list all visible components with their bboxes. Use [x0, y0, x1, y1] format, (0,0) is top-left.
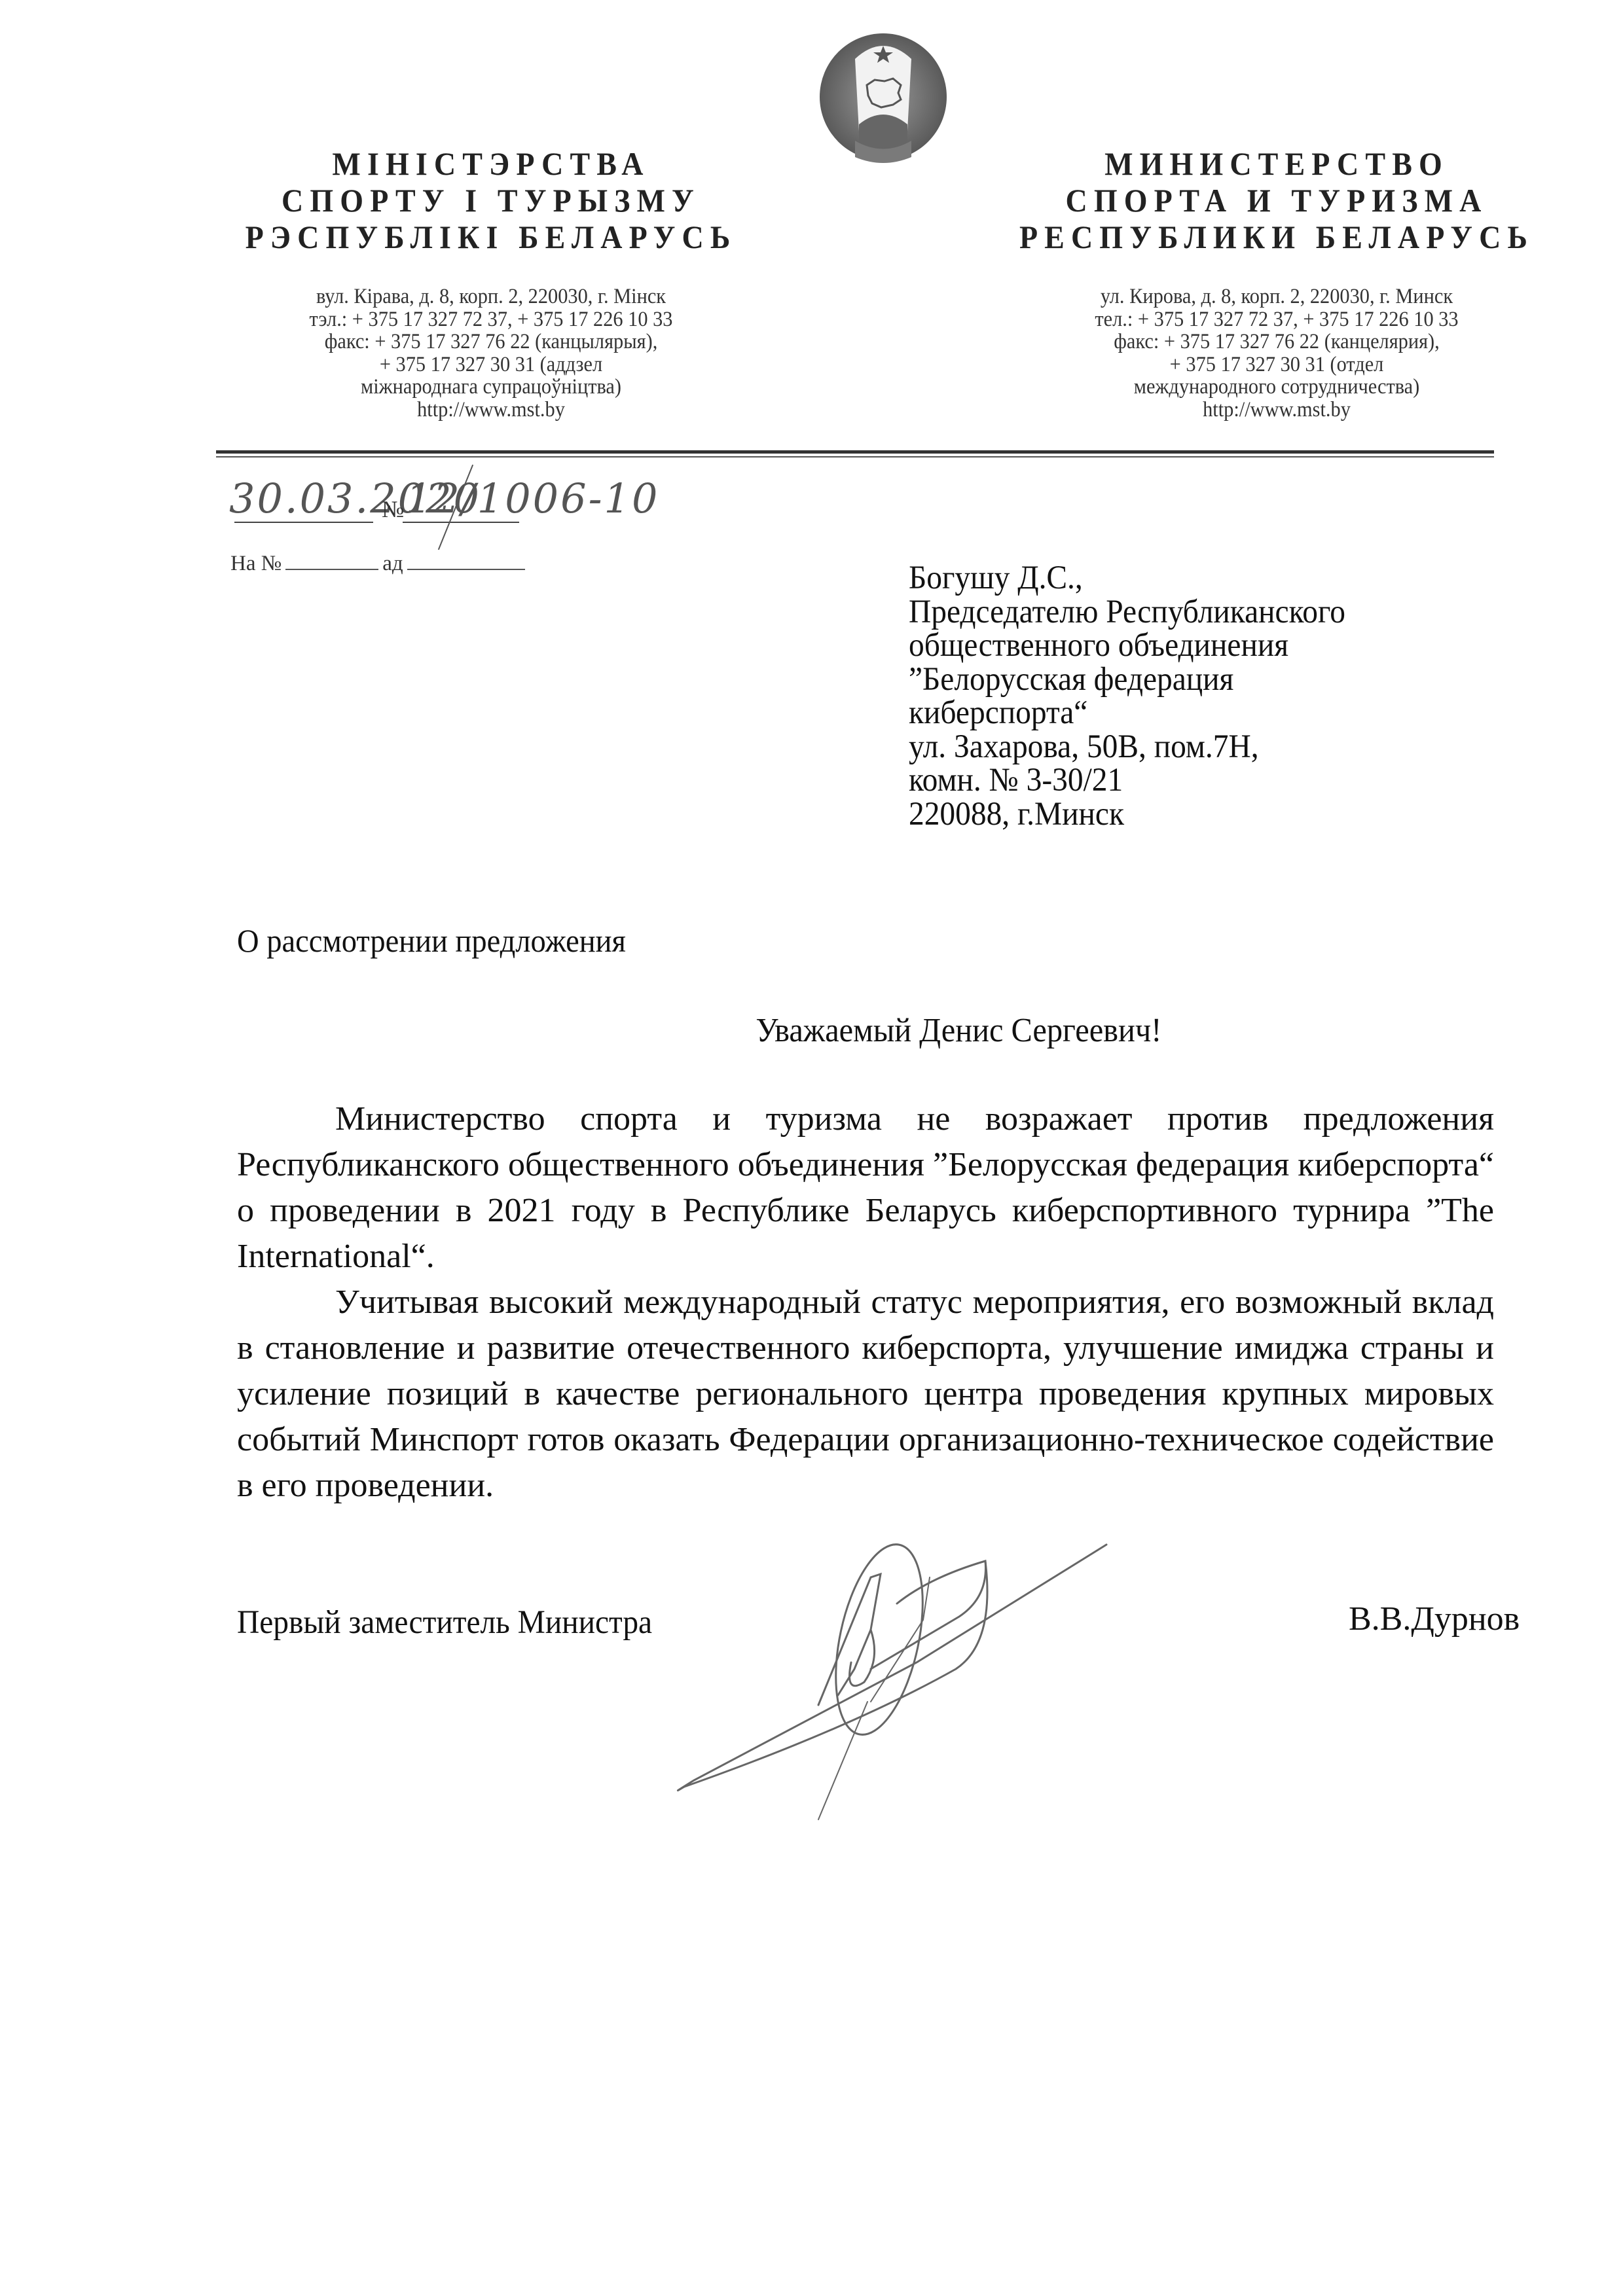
- state-emblem-icon: [809, 20, 957, 164]
- fax-line: факс: + 375 17 327 76 22 (канцылярыя),: [220, 331, 762, 353]
- reply-number-label: На №: [230, 552, 282, 575]
- org-name-line: МИНИСТЕРСТВО: [1006, 145, 1548, 182]
- fax-line: + 375 17 327 30 31 (аддзел: [220, 353, 762, 376]
- date-underline: [234, 522, 373, 523]
- number-underline: [403, 522, 519, 523]
- letterhead-belarusian: МІНІСТЭРСТВА СПОРТУ І ТУРЫЗМУ РЭСПУБЛІКІ…: [196, 145, 786, 421]
- letterhead-divider: [216, 456, 1494, 457]
- recipient-line: ул. Захарова, 50В, пом.7Н,: [909, 730, 1345, 764]
- org-name-line: СПОРТУ І ТУРЫЗМУ: [220, 182, 762, 219]
- recipient-line: Богушу Д.С.,: [909, 562, 1345, 596]
- fax-line: + 375 17 327 30 31 (отдел: [1006, 353, 1548, 376]
- reply-reference: На №ад: [230, 552, 529, 576]
- recipient-line: киберспорта“: [909, 696, 1345, 730]
- recipient-block: Богушу Д.С., Председателю Республиканско…: [909, 562, 1345, 831]
- letter-subject: О рассмотрении предложения: [237, 922, 626, 960]
- reply-from-label: ад: [382, 552, 403, 575]
- website-link[interactable]: http://www.mst.by: [1006, 399, 1548, 422]
- registration-row: 30.03.2020 № 12/1006-10: [216, 481, 805, 520]
- reply-date-blank: [407, 569, 525, 570]
- handwritten-number: 12/1006-10: [406, 475, 659, 522]
- signatory-title: Первый заместитель Министра: [237, 1604, 652, 1641]
- recipient-line: Председателю Республиканского: [909, 596, 1345, 630]
- contact-block: ул. Кирова, д. 8, корп. 2, 220030, г. Ми…: [982, 285, 1571, 421]
- org-name-line: РЭСПУБЛІКІ БЕЛАРУСЬ: [220, 219, 762, 255]
- number-label: №: [382, 495, 404, 523]
- recipient-line: общественного объединения: [909, 629, 1345, 663]
- greeting-text: Уважаемый Денис Сергеевич!: [756, 1011, 1162, 1050]
- org-name-line: СПОРТА И ТУРИЗМА: [1006, 182, 1548, 219]
- phone-line: тел.: + 375 17 327 72 37, + 375 17 226 1…: [1006, 308, 1548, 331]
- letterhead-russian: МИНИСТЕРСТВО СПОРТА И ТУРИЗМА РЕСПУБЛИКИ…: [982, 145, 1571, 421]
- body-paragraph: Министерство спорта и туризма не возража…: [237, 1096, 1494, 1280]
- letterhead-divider: [216, 450, 1494, 454]
- fax-line: факс: + 375 17 327 76 22 (канцелярия),: [1006, 331, 1548, 353]
- address-line: вул. Кірава, д. 8, корп. 2, 220030, г. М…: [220, 285, 762, 308]
- fax-line: міжнароднага супрацоўніцтва): [220, 376, 762, 399]
- handwritten-signature-icon: [655, 1505, 1309, 1833]
- contact-block: вул. Кірава, д. 8, корп. 2, 220030, г. М…: [196, 285, 786, 421]
- body-paragraph: Учитывая высокий международный статус ме…: [237, 1280, 1494, 1509]
- reply-number-blank: [285, 569, 378, 570]
- recipient-line: ”Белорусская федерация: [909, 663, 1345, 697]
- org-name-line: МІНІСТЭРСТВА: [220, 145, 762, 182]
- website-link[interactable]: http://www.mst.by: [220, 399, 762, 422]
- recipient-line: 220088, г.Минск: [909, 798, 1345, 832]
- phone-line: тэл.: + 375 17 327 72 37, + 375 17 226 1…: [220, 308, 762, 331]
- address-line: ул. Кирова, д. 8, корп. 2, 220030, г. Ми…: [1006, 285, 1548, 308]
- greeting: Уважаемый Денис Сергеевич!: [0, 1011, 1623, 1050]
- fax-line: международного сотрудничества): [1006, 376, 1548, 399]
- signatory-name: В.В.Дурнов: [1349, 1600, 1520, 1638]
- letter-body: Министерство спорта и туризма не возража…: [237, 1096, 1494, 1509]
- recipient-line: комн. № 3-30/21: [909, 764, 1345, 798]
- org-name-line: РЕСПУБЛИКИ БЕЛАРУСЬ: [1006, 219, 1548, 255]
